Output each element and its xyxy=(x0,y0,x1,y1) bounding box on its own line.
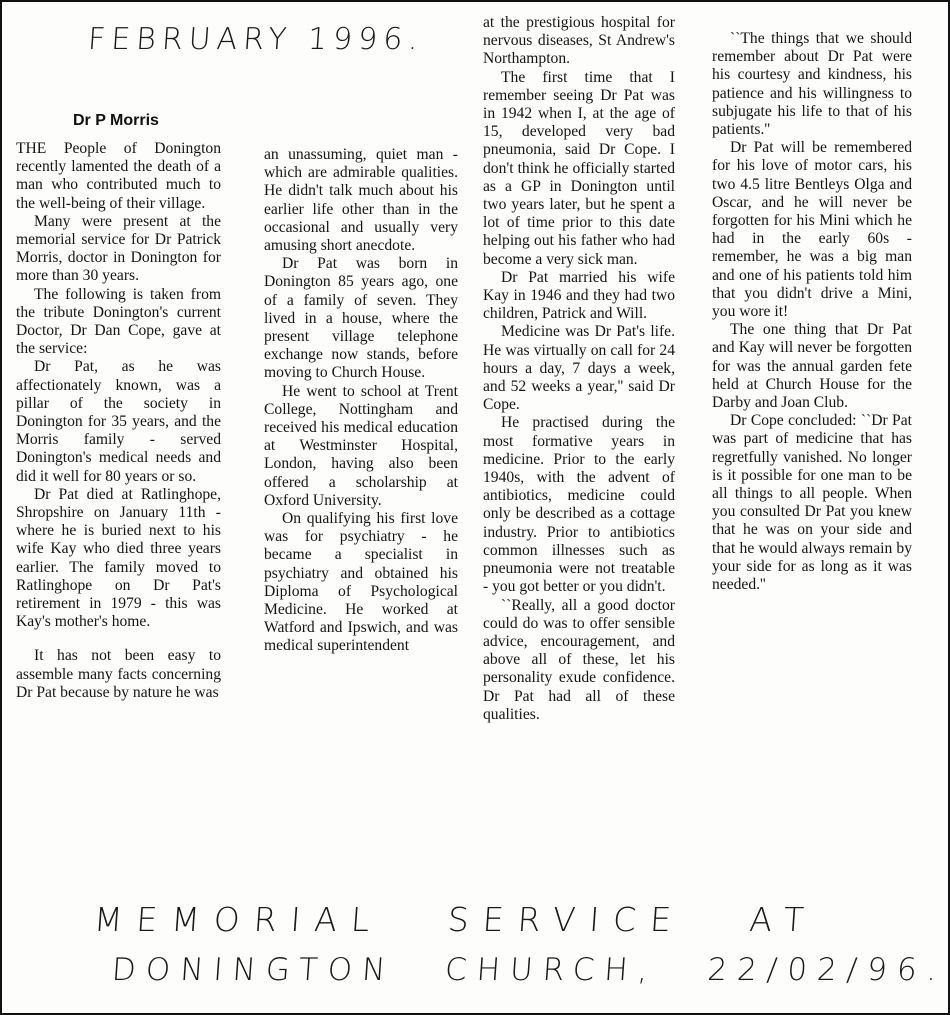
paragraph: Dr Pat married his wife Kay in 1946 and … xyxy=(483,269,675,324)
paragraph: Medicine was Dr Pat's life. He was virtu… xyxy=(483,323,675,414)
paragraph: He went to school at Trent College, Nott… xyxy=(264,383,458,510)
article-column-4: ``The things that we should remember abo… xyxy=(712,30,912,594)
paragraph: an unassuming, quiet man - which are adm… xyxy=(264,146,458,255)
paragraph: The following is taken from the tribute … xyxy=(16,286,221,359)
paragraph: at the prestigious hospital for nervous … xyxy=(483,14,675,69)
paragraph: He practised during the most formative y… xyxy=(483,414,675,596)
handwritten-caption-line-1: MEMORIAL SERVICE AT xyxy=(93,900,819,939)
handwritten-date: FEBRUARY 1996. xyxy=(87,22,425,57)
article-column-2: an unassuming, quiet man - which are adm… xyxy=(264,146,458,656)
paragraph: THE People of Donington recently lamente… xyxy=(16,140,221,213)
paragraph: The first time that I remember seeing Dr… xyxy=(483,69,675,269)
article-headline: Dr P Morris xyxy=(73,112,159,130)
paragraph: Dr Pat was born in Donington 85 years ag… xyxy=(264,255,458,382)
paragraph: The one thing that Dr Pat and Kay will n… xyxy=(712,321,912,412)
paragraph: Many were present at the memorial servic… xyxy=(16,213,221,286)
paragraph: Dr Pat died at Ratlinghope, Shropshire o… xyxy=(16,486,221,632)
article-column-1: THE People of Donington recently lamente… xyxy=(16,140,221,702)
article-column-3: at the prestigious hospital for nervous … xyxy=(483,14,675,724)
paragraph: ``The things that we should remember abo… xyxy=(712,30,912,139)
newspaper-clipping: FEBRUARY 1996. Dr P Morris THE People of… xyxy=(0,0,950,1015)
paragraph: Dr Pat, as he was affectionately known, … xyxy=(16,358,221,485)
paragraph: On qualifying his first love was for psy… xyxy=(264,510,458,656)
paragraph: It has not been easy to assemble many fa… xyxy=(16,647,221,702)
paragraph: Dr Cope concluded: ``Dr Pat was part of … xyxy=(712,412,912,594)
handwritten-caption-line-2: DONINGTON CHURCH, 22/02/96. xyxy=(111,952,948,988)
paragraph: ``Really, all a good doctor could do was… xyxy=(483,597,675,724)
paragraph: Dr Pat will be remembered for his love o… xyxy=(712,139,912,321)
